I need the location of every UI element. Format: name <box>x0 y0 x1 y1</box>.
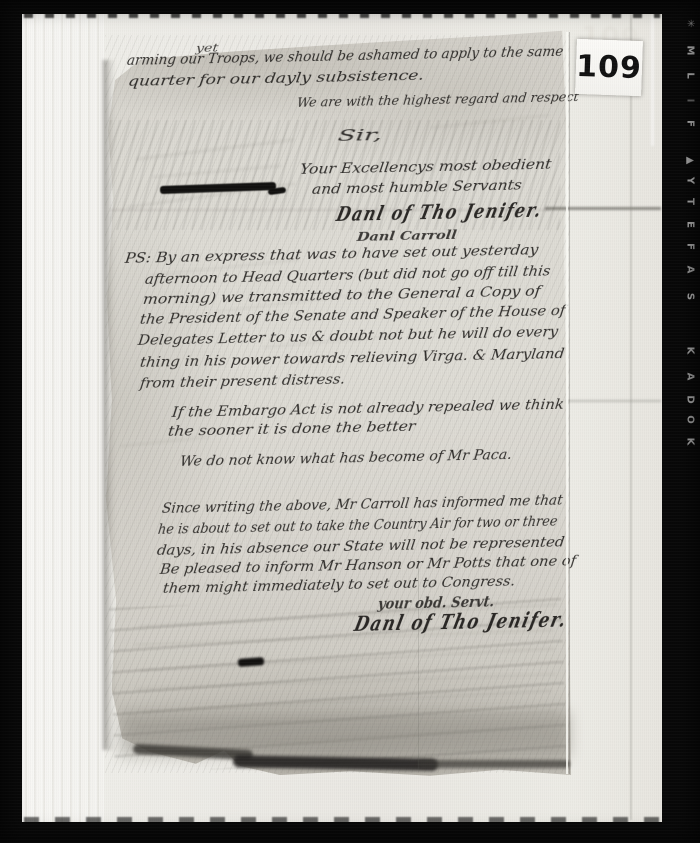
manuscript-line: the President of the Senate and Speaker … <box>139 303 566 328</box>
film-edge-letter: D <box>685 392 696 408</box>
film-edge-letter: S <box>685 289 696 305</box>
manuscript-line: If the Embargo Act is not already repeal… <box>171 397 565 421</box>
film-edge-letter: K <box>685 434 696 450</box>
film-glare <box>651 16 654 146</box>
film-edge-letter: O <box>685 412 696 428</box>
manuscript-line: Sir, <box>337 125 383 145</box>
film-edge-letter: A <box>685 369 696 385</box>
manuscript-line: and most humble Servants <box>311 178 523 198</box>
film-border-top <box>0 0 700 14</box>
manuscript-line: quarter for our dayly subsistence. <box>127 68 425 90</box>
manuscript-line: arming our Troops, we should be ashamed … <box>126 44 564 69</box>
manuscript-line: Delegates Letter to us & doubt not but h… <box>137 324 559 349</box>
film-edge-letter: T <box>685 194 696 210</box>
manuscript-line: PS: By an express that was to have set o… <box>124 242 539 267</box>
torn-bottom-edge <box>418 760 570 768</box>
film-edge-letter: F <box>685 116 696 132</box>
handwritten-text-layer: yetarming our Troops, we should be asham… <box>0 0 700 843</box>
film-edge-letter: A <box>685 262 696 278</box>
manuscript-line: thing in his power towards relieving Vir… <box>139 346 565 371</box>
manuscript-line: he is about to set out to take the Count… <box>157 514 558 538</box>
film-border-bottom <box>0 822 700 843</box>
signature: Danl of Tho Jenifer. <box>334 198 545 226</box>
manuscript-line: We do not know what has become of Mr Pac… <box>179 447 513 470</box>
page-number: 109 <box>576 49 643 86</box>
film-edge-letter: I <box>685 93 696 109</box>
manuscript-line: Since writing the above, Mr Carroll has … <box>161 493 564 517</box>
manuscript-line: Danl Carroll <box>356 228 457 244</box>
microfilm-frame: yetarming our Troops, we should be asham… <box>0 0 700 843</box>
film-edge-letter: ✳ <box>685 16 696 32</box>
manuscript-line: from their present distress. <box>139 372 346 392</box>
film-edge-letter: ▲ <box>685 153 696 169</box>
film-edge-letter: L <box>685 68 696 84</box>
film-border-left <box>0 0 22 843</box>
page-number-card: 109 <box>575 39 643 96</box>
film-edge-letter: Y <box>685 173 696 189</box>
manuscript-line: We are with the highest regard and respe… <box>296 90 579 111</box>
film-edge-letter: K <box>685 343 696 359</box>
film-edge-letter: F <box>685 239 696 255</box>
signature: Danl of Tho Jenifer. <box>352 606 570 636</box>
film-edge-letter: E <box>685 217 696 233</box>
film-edge-letter: M <box>685 43 696 59</box>
manuscript-line: the sooner it is done the better <box>167 419 416 440</box>
manuscript-line: Your Excellencys most obedient <box>299 157 552 178</box>
